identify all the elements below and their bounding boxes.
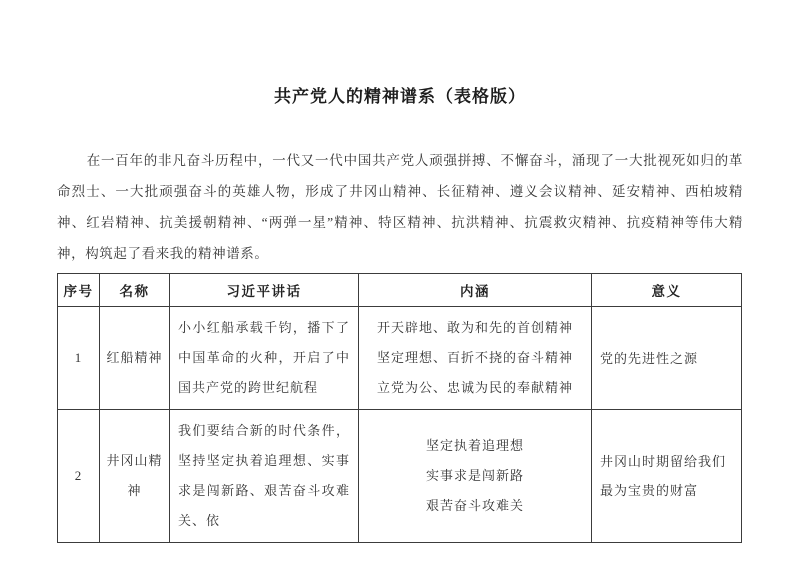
connotation-line: 坚定理想、百折不挠的奋斗精神	[363, 343, 587, 373]
cell-connotation: 开天辟地、敢为和先的首创精神 坚定理想、百折不挠的奋斗精神 立党为公、忠诚为民的…	[359, 307, 592, 410]
table-header-row: 序号 名称 习近平讲话 内涵 意义	[58, 274, 742, 307]
connotation-line: 开天辟地、敢为和先的首创精神	[363, 313, 587, 343]
header-cell-no: 序号	[58, 274, 100, 307]
spirit-table: 序号 名称 习近平讲话 内涵 意义 1 红船精神 小小红船承载千钧，播下了中国革…	[57, 273, 742, 543]
intro-paragraph: 在一百年的非凡奋斗历程中，一代又一代中国共产党人顽强拼搏、不懈奋斗，涌现了一大批…	[57, 145, 743, 269]
connotation-line: 立党为公、忠诚为民的奉献精神	[363, 373, 587, 403]
cell-significance: 党的先进性之源	[592, 307, 742, 410]
cell-connotation: 坚定执着追理想 实事求是闯新路 艰苦奋斗攻难关	[359, 410, 592, 543]
header-cell-significance: 意义	[592, 274, 742, 307]
table-row: 1 红船精神 小小红船承载千钧，播下了中国革命的火种，开启了中国共产党的跨世纪航…	[58, 307, 742, 410]
header-cell-speech: 习近平讲话	[170, 274, 359, 307]
cell-speech-quote: 我们要结合新的时代条件，坚持坚定执着追理想、实事求是闯新路、艰苦奋斗攻难关、依	[170, 410, 359, 543]
connotation-line: 艰苦奋斗攻难关	[363, 491, 587, 521]
header-cell-connotation: 内涵	[359, 274, 592, 307]
document-title: 共产党人的精神谱系（表格版）	[0, 0, 800, 108]
cell-row-number: 1	[58, 307, 100, 410]
cell-spirit-name: 红船精神	[100, 307, 170, 410]
header-cell-name: 名称	[100, 274, 170, 307]
cell-row-number: 2	[58, 410, 100, 543]
cell-speech-quote: 小小红船承载千钧，播下了中国革命的火种，开启了中国共产党的跨世纪航程	[170, 307, 359, 410]
table-row: 2 井冈山精神 我们要结合新的时代条件，坚持坚定执着追理想、实事求是闯新路、艰苦…	[58, 410, 742, 543]
cell-significance: 井冈山时期留给我们最为宝贵的财富	[592, 410, 742, 543]
cell-spirit-name: 井冈山精神	[100, 410, 170, 543]
connotation-line: 实事求是闯新路	[363, 461, 587, 491]
document-page: 共产党人的精神谱系（表格版） 在一百年的非凡奋斗历程中，一代又一代中国共产党人顽…	[0, 0, 800, 566]
connotation-line: 坚定执着追理想	[363, 431, 587, 461]
